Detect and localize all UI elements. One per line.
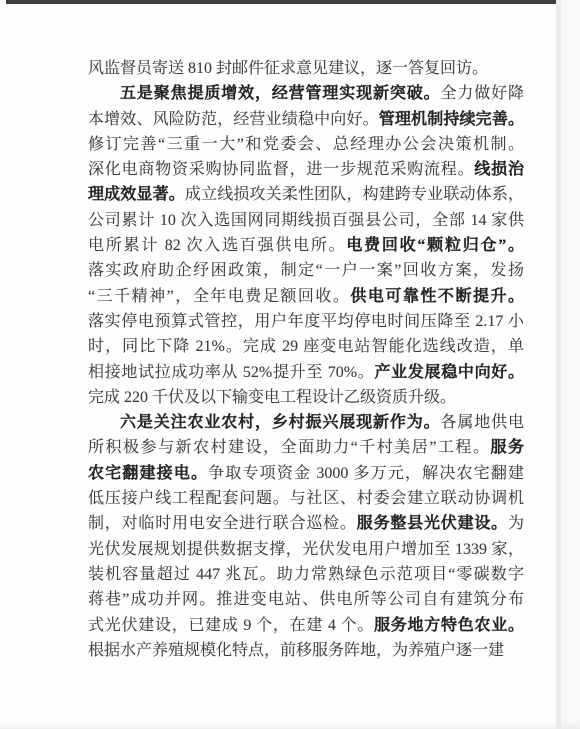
bold-text-segment: 产业发展稳中向好。 — [374, 364, 524, 381]
text-segment: 风监督员寄送 810 封邮件征求意见建议，逐一答复回访。 — [88, 60, 488, 77]
text-segment: 各属地供电 — [441, 414, 524, 431]
bold-text-segment: 服务 — [490, 439, 524, 456]
text-segment: 本增效、风险防范，经营业绩稳中向好。 — [88, 111, 379, 128]
text-segment: 相接地试拉成功率从 52%提升至 70%。 — [88, 364, 374, 381]
text-line: 制，对临时用电安全进行联合巡检。服务整县光伏建设。为 — [88, 511, 524, 536]
bold-text-segment: 管理机制持续完善。 — [379, 111, 524, 128]
text-line: 蒋巷”成功并网。推进变电站、供电所等公司自有建筑分布 — [88, 587, 524, 612]
text-line: 时，同比下降 21%。完成 29 座变电站智能化选线改造，单 — [88, 334, 524, 359]
text-line: 所积极参与新农村建设，全面助力“千村美居”工程。服务 — [88, 435, 524, 460]
text-segment: 落实政府助企纾困政策，制定“一户一案”回收方案，发扬 — [88, 262, 524, 279]
text-line: 相接地试拉成功率从 52%提升至 70%。产业发展稳中向好。 — [88, 360, 524, 385]
text-segment: 制，对临时用电安全进行联合巡检。 — [88, 515, 357, 532]
text-line: 光伏发展规划提供数据支撑，光伏发电用户增加至 1339 家， — [88, 537, 524, 562]
text-segment: 公司累计 10 次入选国网同期线损百强县公司，全部 14 家供 — [88, 212, 524, 229]
bold-text-segment: 理成效显著。 — [88, 186, 185, 203]
text-line: 五是聚焦提质增效，经营管理实现新突破。全力做好降 — [88, 81, 524, 106]
document-page: 风监督员寄送 810 封邮件征求意见建议，逐一答复回访。五是聚焦提质增效，经营管… — [0, 0, 580, 729]
text-segment: 低压接户线工程配套问题。与社区、村委会建立联动协调机 — [88, 490, 524, 507]
text-segment: 深化电商物资采购协同监督，进一步规范采购流程。 — [88, 161, 474, 178]
text-line: 装机容量超过 447 兆瓦。助力常熟绿色示范项目“零碳数字 — [88, 562, 524, 587]
document-text: 风监督员寄送 810 封邮件征求意见建议，逐一答复回访。五是聚焦提质增效，经营管… — [88, 56, 524, 663]
text-line: 六是关注农业农村，乡村振兴展现新作为。各属地供电 — [88, 410, 524, 435]
text-segment: 根据水产养殖规模化特点，前移服务阵地，为养殖户逐一建 — [88, 642, 504, 659]
text-line: “三千精神”，全年电费足额回收。供电可靠性不断提升。 — [88, 284, 524, 309]
text-line: 落实政府助企纾困政策，制定“一户一案”回收方案，发扬 — [88, 258, 524, 283]
text-line: 修订完善“三重一大”和党委会、总经理办公会决策机制。 — [88, 132, 524, 157]
page-bottom-edge-shading — [0, 721, 580, 729]
page-right-edge-shading — [561, 0, 580, 729]
text-segment: 为 — [508, 515, 524, 532]
text-segment: 蒋巷”成功并网。推进变电站、供电所等公司自有建筑分布 — [88, 591, 524, 608]
text-segment: 光伏发展规划提供数据支撑，光伏发电用户增加至 1339 家， — [88, 541, 524, 558]
text-line: 理成效显著。成立线损攻关柔性团队，构建跨专业联动体系， — [88, 182, 524, 207]
text-line: 完成 220 千伏及以下输变电工程设计乙级资质升级。 — [88, 385, 524, 410]
text-line: 落实停电预算式管控，用户年度平均停电时间压降至 2.17 小 — [88, 309, 524, 334]
bold-text-segment: 五是聚焦提质增效，经营管理实现新突破。 — [120, 85, 441, 102]
bold-text-segment: 服务整县光伏建设。 — [357, 515, 508, 532]
text-line: 深化电商物资采购协同监督，进一步规范采购流程。线损治 — [88, 157, 524, 182]
text-segment: “三千精神”，全年电费足额回收。 — [88, 288, 350, 305]
text-segment: 全力做好降 — [441, 85, 524, 102]
bold-text-segment: 电费回收“颗粒归仓”。 — [346, 237, 524, 254]
text-segment: 式光伏建设，已建成 9 个，在建 4 个。 — [88, 617, 374, 634]
text-segment: 装机容量超过 447 兆瓦。助力常熟绿色示范项目“零碳数字 — [88, 566, 524, 583]
text-line: 本增效、风险防范，经营业绩稳中向好。管理机制持续完善。 — [88, 107, 524, 132]
text-segment: 争取专项资金 3000 多万元，解决农宅翻建 — [208, 465, 524, 482]
bold-text-segment: 线损治 — [474, 161, 524, 178]
text-line: 公司累计 10 次入选国网同期线损百强县公司，全部 14 家供 — [88, 208, 524, 233]
bold-text-segment: 供电可靠性不断提升。 — [350, 288, 524, 305]
text-segment: 成立线损攻关柔性团队，构建跨专业联动体系， — [185, 186, 524, 203]
text-line: 电所累计 82 次入选百强供电所。电费回收“颗粒归仓”。 — [88, 233, 524, 258]
text-line: 低压接户线工程配套问题。与社区、村委会建立联动协调机 — [88, 486, 524, 511]
bold-text-segment: 农宅翻建接电。 — [88, 465, 208, 482]
text-segment: 修订完善“三重一大”和党委会、总经理办公会决策机制。 — [88, 136, 524, 153]
text-line: 式光伏建设，已建成 9 个，在建 4 个。服务地方特色农业。 — [88, 613, 524, 638]
text-segment: 电所累计 82 次入选百强供电所。 — [88, 237, 346, 254]
text-segment: 时，同比下降 21%。完成 29 座变电站智能化选线改造，单 — [88, 338, 524, 355]
text-line: 风监督员寄送 810 封邮件征求意见建议，逐一答复回访。 — [88, 56, 524, 81]
bold-text-segment: 服务地方特色农业。 — [374, 617, 524, 634]
bold-text-segment: 六是关注农业农村，乡村振兴展现新作为。 — [120, 414, 441, 431]
text-segment: 完成 220 千伏及以下输变电工程设计乙级资质升级。 — [88, 389, 456, 406]
text-line: 农宅翻建接电。争取专项资金 3000 多万元，解决农宅翻建 — [88, 461, 524, 486]
text-line: 根据水产养殖规模化特点，前移服务阵地，为养殖户逐一建 — [88, 638, 524, 663]
text-segment: 所积极参与新农村建设，全面助力“千村美居”工程。 — [88, 439, 490, 456]
text-segment: 落实停电预算式管控，用户年度平均停电时间压降至 2.17 小 — [88, 313, 524, 330]
page-top-edge — [6, 0, 579, 4]
